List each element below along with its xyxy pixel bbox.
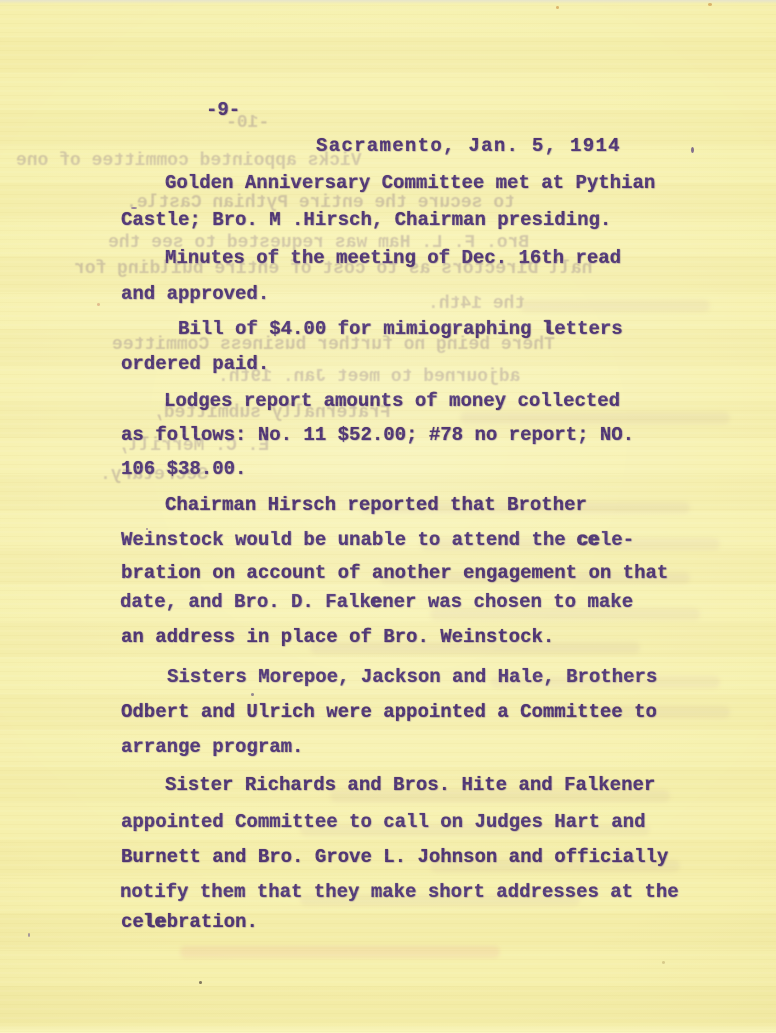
typewritten-line: bration on account of another engagement… xyxy=(121,562,668,584)
typewritten-line: appointed Committee to call on Judges Ha… xyxy=(121,811,646,833)
typewritten-line: arrange program. xyxy=(121,736,303,758)
overstruck-chars: ce xyxy=(577,529,600,551)
scanned-document-page: -10-Vicks appointed committee of oneto s… xyxy=(0,0,776,1033)
typewritten-line: and approved. xyxy=(121,283,269,305)
typewritten-line: Bill of $4.00 for mimiographing letters xyxy=(178,318,623,340)
typewritten-line: an address in place of Bro. Weinstock. xyxy=(121,626,554,648)
typewritten-line: Lodges report amounts of money collected xyxy=(164,390,620,412)
typewritten-line: ordered paid. xyxy=(121,353,269,375)
typewritten-line: celebration. xyxy=(121,911,258,933)
typewritten-line: Sister Richards and Bros. Hite and Falke… xyxy=(165,774,655,796)
dateline: Sacramento, Jan. 5, 1914 xyxy=(316,135,621,157)
overstruck-chars: le xyxy=(144,911,167,933)
page-number: -9- xyxy=(206,99,240,121)
typewritten-line: date, and Bro. D. Falkener was chosen to… xyxy=(120,591,633,613)
typewritten-text-layer: -9-Sacramento, Jan. 5, 1914Golden Annive… xyxy=(0,0,776,1033)
typewritten-line: as follows: No. 11 $52.00; #78 no report… xyxy=(121,424,634,446)
typewritten-line: Burnett and Bro. Grove L. Johnson and of… xyxy=(121,846,668,868)
typewritten-line: Golden Anniversary Committee met at Pyth… xyxy=(165,172,655,194)
typewritten-line: Weinstock would be unable to attend the … xyxy=(121,529,634,551)
typewritten-line: Castle; Bro. M .Hirsch, Chairman presidi… xyxy=(121,209,611,231)
overstruck-chars: l xyxy=(543,318,554,340)
typewritten-line: Minutes of the meeting of Dec. 16th read xyxy=(165,247,621,269)
typewritten-line: Chairman Hirsch reported that Brother xyxy=(165,494,587,516)
typewritten-line: 106 $38.00. xyxy=(121,458,246,480)
typewritten-line: Sisters Morepoe, Jackson and Hale, Broth… xyxy=(167,666,657,688)
typewritten-line: Odbert and Ulrich were appointed a Commi… xyxy=(121,701,657,723)
overstruck-chars: e xyxy=(371,591,382,613)
typewritten-line: notify them that they make short address… xyxy=(120,881,679,903)
